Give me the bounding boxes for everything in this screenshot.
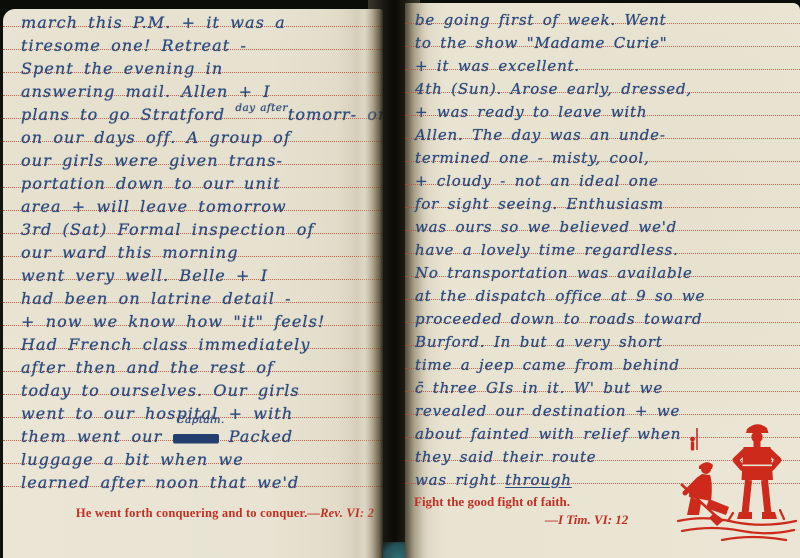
diary-ruled-line: + was ready to leave with [405,93,800,116]
diary-ruled-line: portation down to our unit [3,165,383,188]
printed-verse-left: He went forth conquering and to conquer.… [67,506,383,521]
diary-ruled-line: them went our Captain. Packed [3,418,383,441]
diary-ruled-line: Spent the evening in [3,50,383,73]
diary-ruled-line: + cloudy - not an ideal one [405,162,800,185]
verse-text: He went forth conquering and to conquer. [76,506,308,520]
diary-ruled-line: termined one - misty, cool, [405,139,800,162]
handwritten-text: learned after noon that we'd [21,475,299,491]
diary-ruled-line: + now we know how "it" feels! [3,303,383,326]
verse-reference: —Rev. VI: 2 [307,506,374,520]
diary-ruled-line: our ward this morning [3,234,383,257]
diary-ruled-line: be going first of week. Went [405,3,800,24]
diary-ruled-line: for sight seeing. Enthusiasm [405,185,800,208]
diary-ruled-line: have a lovely time regardless. [405,231,800,254]
soldiers-illustration [676,418,798,558]
diary-ruled-line: today to ourselves. Our girls [3,372,383,395]
diary-page-right: be going first of week. Wentto the show … [405,3,800,558]
diary-ruled-line: plans to go Stratford day aftertomorr- o… [3,96,383,119]
diary-ruled-line: No transportation was available [405,254,800,277]
diary-ruled-line: 3rd (Sat) Formal inspection of [3,211,383,234]
diary-ruled-line: 4th (Sun). Arose early, dressed, [405,70,800,93]
diary-ruled-line: + it was excellent. [405,47,800,70]
open-diary-photo: march this P.M. + it was atiresome one! … [0,0,800,558]
diary-ruled-line: tiresome one! Retreat - [3,27,383,50]
diary-ruled-line: Allen. The day was an unde- [405,116,800,139]
diary-ruled-line: area + will leave tomorrow [3,188,383,211]
diary-ruled-line: revealed our destination + we [405,392,800,415]
printed-verse-right: Fight the good fight of faith. [414,494,570,510]
ruled-lines-left: march this P.M. + it was atiresome one! … [3,9,383,487]
diary-ruled-line: learned after noon that we'd [3,464,383,487]
diary-ruled-line: Burford. In but a very short [405,323,800,346]
ruled-lines-right: be going first of week. Wentto the show … [405,3,800,484]
diary-page-left: march this P.M. + it was atiresome one! … [3,9,383,558]
diary-ruled-line: march this P.M. + it was a [3,9,383,27]
kneeling-soldier-icon [681,462,729,526]
diary-ruled-line: on our days off. A group of [3,119,383,142]
diary-ruled-line: to the show "Madame Curie" [405,24,800,47]
diary-ruled-line: Had French class immediately [3,326,383,349]
diary-ruled-line: luggage a bit when we [3,441,383,464]
diary-ruled-line: after then and the rest of [3,349,383,372]
handwritten-text: was right through [415,473,572,488]
diary-ruled-line: our girls were given trans- [3,142,383,165]
standing-soldier-icon [736,424,779,519]
diary-ruled-line: had been on latrine detail - [3,280,383,303]
diary-ruled-line: at the dispatch office at 9 so we [405,277,800,300]
diary-ruled-line: proceeded down to roads toward [405,300,800,323]
background-soldier-icon [690,428,698,451]
printed-verse-right-reference: —I Tim. VI: 12 [545,512,628,528]
diary-ruled-line: went very well. Belle + I [3,257,383,280]
diary-ruled-line: was ours so we believed we'd [405,208,800,231]
diary-ruled-line: c̄ three GIs in it. W' but we [405,369,800,392]
diary-ruled-line: answering mail. Allen + I [3,73,383,96]
diary-ruled-line: time a jeep came from behind [405,346,800,369]
